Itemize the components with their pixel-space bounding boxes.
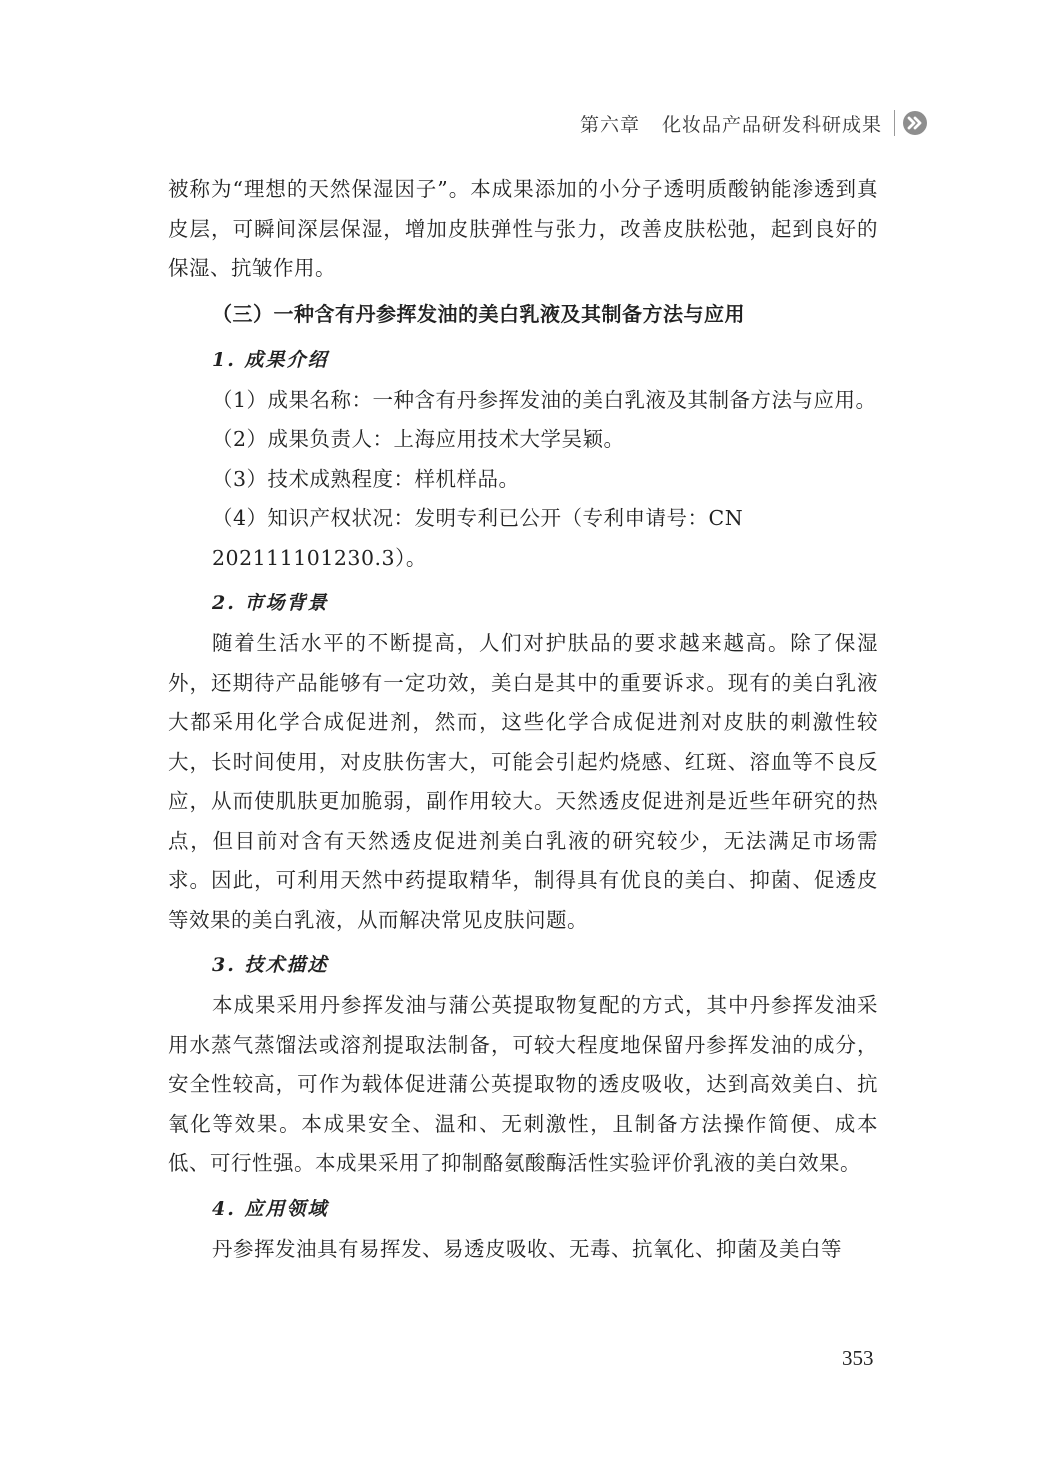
chapter-label: 第六章: [580, 114, 640, 136]
page-body: 被称为“理想的天然保湿因子”。本成果添加的小分子透明质酸钠能渗透到真皮层，可瞬间…: [168, 170, 878, 1269]
list-item: （2）成果负责人：上海应用技术大学吴颖。: [168, 420, 878, 460]
tech-paragraph: 本成果采用丹参挥发油与蒲公英提取物复配的方式，其中丹参挥发油采用水蒸气蒸馏法或溶…: [168, 986, 878, 1184]
running-header: 第六章化妆品产品研发科研成果: [580, 106, 927, 140]
list-item: （4）知识产权状况：发明专利已公开（专利申请号：CN 202111101230.…: [168, 499, 878, 578]
running-header-text: 第六章化妆品产品研发科研成果: [580, 110, 882, 137]
list-item: （1）成果名称：一种含有丹参挥发油的美白乳液及其制备方法与应用。: [168, 381, 878, 421]
chapter-title: 化妆品产品研发科研成果: [662, 114, 882, 136]
page-number: 353: [842, 1346, 874, 1371]
market-paragraph: 随着生活水平的不断提高，人们对护肤品的要求越来越高。除了保湿外，还期待产品能够有…: [168, 624, 878, 940]
subsection-title-tech: 3. 技术描述: [168, 944, 878, 986]
subsection-title-intro: 1. 成果介绍: [168, 339, 878, 381]
intro-paragraph: 被称为“理想的天然保湿因子”。本成果添加的小分子透明质酸钠能渗透到真皮层，可瞬间…: [168, 170, 878, 289]
section-title: （三）一种含有丹参挥发油的美白乳液及其制备方法与应用: [168, 293, 878, 335]
subsection-title-market: 2. 市场背景: [168, 582, 878, 624]
double-chevron-right-icon: [903, 111, 927, 135]
subsection-title-application: 4. 应用领域: [168, 1188, 878, 1230]
list-item: （3）技术成熟程度：样机样品。: [168, 460, 878, 500]
application-paragraph: 丹参挥发油具有易挥发、易透皮吸收、无毒、抗氧化、抑菌及美白等: [168, 1230, 878, 1270]
header-divider: [894, 110, 895, 136]
